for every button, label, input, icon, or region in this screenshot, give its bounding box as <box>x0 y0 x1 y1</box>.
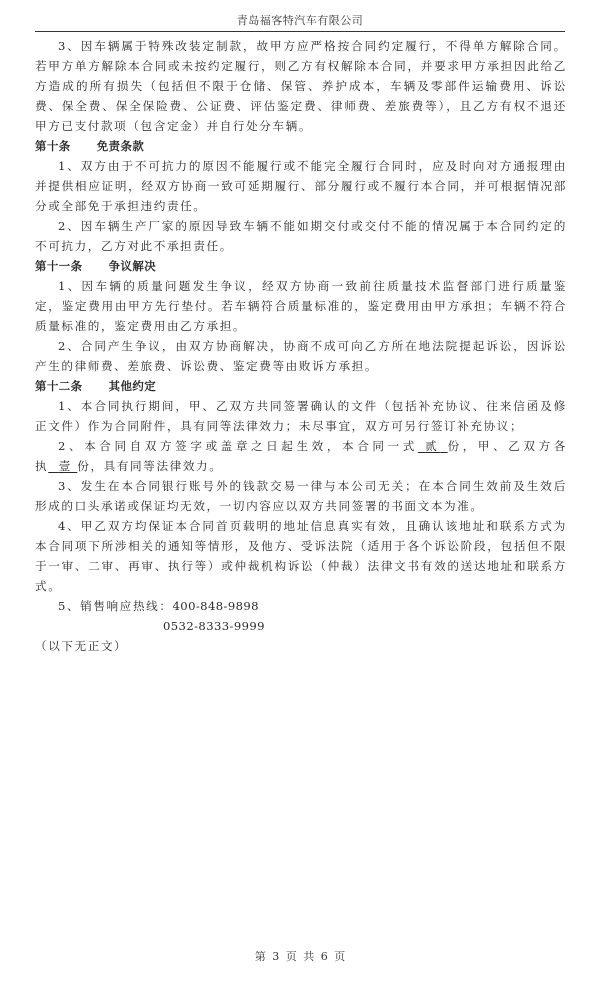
end-of-text-note: （以下无正文） <box>35 636 567 656</box>
clause-12-item-2: 2、本合同自双方签字或盖章之日起生效，本合同一式 贰 份，甲、乙双方各执 壹 份… <box>35 436 567 476</box>
clause-title: 免责条款 <box>97 139 145 153</box>
clause-number: 第十二条 <box>35 379 83 393</box>
copies-total-field: 贰 <box>418 439 448 453</box>
clause-10-heading: 第十条免责条款 <box>35 136 567 156</box>
clause-11-item-2: 2、合同产生争议，由双方协商解决，协商不成可向乙方所在地法院提起诉讼，因诉讼产生… <box>35 336 567 376</box>
clause-12-item-1: 1、本合同执行期间，甲、乙双方共同签署确认的文件（包括补充协议、往来信函及修正文… <box>35 396 567 436</box>
clause-10-item-2: 2、因车辆生产厂家的原因导致车辆不能如期交付或交付不能的情况属于本合同约定的不可… <box>35 216 567 256</box>
clause-title: 其他约定 <box>109 379 157 393</box>
clause-title: 争议解决 <box>109 259 157 273</box>
item-text: 份，具有同等法律效力。 <box>77 459 222 473</box>
page-header-company: 青岛福客特汽车有限公司 <box>35 12 565 28</box>
clause-12-item-4: 4、甲乙双方均保证本合同首页载明的地址信息真实有效，且确认该地址和联系方式为本合… <box>35 516 567 596</box>
hotline-number-2: 0532-8333-9999 <box>35 616 567 636</box>
page-number-footer: 第 3 页 共 6 页 <box>0 948 600 964</box>
hotline-number-1: 400-848-9898 <box>173 599 259 613</box>
clause-12-item-3: 3、发生在本合同银行账号外的钱款交易一律与本公司无关；在本合同生效前及生效后形成… <box>35 476 567 516</box>
copies-each-field: 壹 <box>48 459 77 473</box>
clause-number: 第十条 <box>35 139 71 153</box>
document-body: 3、因车辆属于特殊改装定制款，故甲方应严格按合同约定履行，不得单方解除合同。若甲… <box>35 36 567 656</box>
clause-12-heading: 第十二条其他约定 <box>35 376 567 396</box>
item-text: 2、本合同自双方签字或盖章之日起生效，本合同一式 <box>58 439 418 453</box>
clause-9-item-3: 3、因车辆属于特殊改装定制款，故甲方应严格按合同约定履行，不得单方解除合同。若甲… <box>35 36 567 136</box>
clause-number: 第十一条 <box>35 259 83 273</box>
copies-total-value: 贰 <box>425 439 440 453</box>
clause-10-item-1: 1、双方由于不可抗力的原因不能履行或不能完全履行合同时，应及时向对方通报理由并提… <box>35 156 567 216</box>
clause-12-item-5: 5、销售响应热线：400-848-9898 <box>35 596 567 616</box>
header-divider <box>35 31 565 32</box>
clause-11-heading: 第十一条争议解决 <box>35 256 567 276</box>
hotline-label: 5、销售响应热线： <box>58 599 173 613</box>
copies-each-value: 壹 <box>59 459 72 473</box>
clause-11-item-1: 1、因车辆的质量问题发生争议，经双方协商一致前往质量技术监督部门进行质量鉴定，鉴… <box>35 276 567 336</box>
